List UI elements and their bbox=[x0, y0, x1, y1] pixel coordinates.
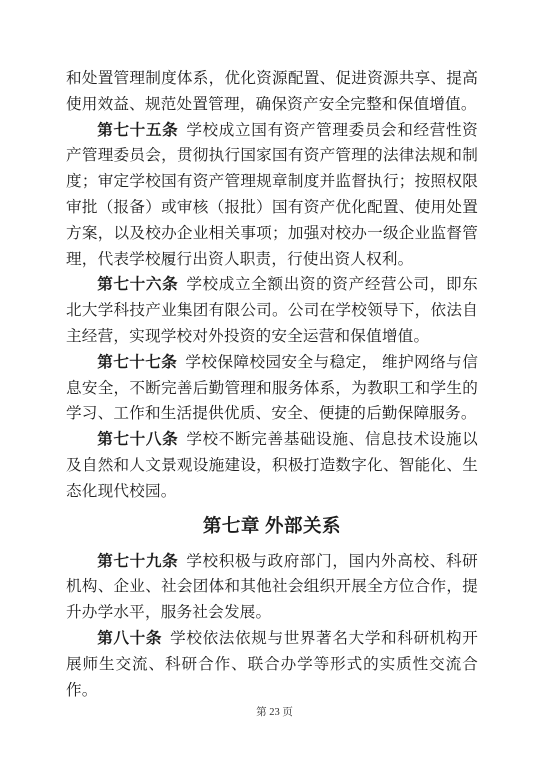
paragraph-continuation: 和处置管理制度体系，优化资源配置、促进资源共享、提高使用效益、规范处置管理，确保… bbox=[66, 66, 478, 118]
article-label: 第八十条 bbox=[97, 630, 162, 647]
chapter-heading: 第七章 外部关系 bbox=[66, 514, 478, 540]
article-label: 第七十五条 bbox=[97, 122, 178, 139]
paragraph-text: 学校成立国有资产管理委员会和经营性资产管理委员会，贯彻执行国家国有资产管理的法律… bbox=[66, 122, 478, 268]
article-label: 第七十七条 bbox=[97, 354, 177, 371]
paragraph-article-78: 第七十八条学校不断完善基础设施、信息技术设施以及自然和人文景观设施建设，积极打造… bbox=[66, 427, 478, 504]
paragraph-article-75: 第七十五条学校成立国有资产管理委员会和经营性资产管理委员会，贯彻执行国家国有资产… bbox=[66, 118, 478, 273]
paragraph-article-80: 第八十条学校依法依规与世界著名大学和科研机构开展师生交流、科研合作、联合办学等形… bbox=[66, 626, 478, 703]
page-footer: 第 23 页 bbox=[0, 706, 549, 720]
paragraph-article-79: 第七十九条学校积极与政府部门，国内外高校、科研机构、企业、社会团体和其他社会组织… bbox=[66, 549, 478, 626]
page-number: 第 23 页 bbox=[256, 707, 293, 718]
paragraph-article-76: 第七十六条学校成立全额出资的资产经营公司，即东北大学科技产业集团有限公司。公司在… bbox=[66, 272, 478, 349]
article-label: 第七十八条 bbox=[97, 431, 178, 448]
paragraph-text: 和处置管理制度体系，优化资源配置、促进资源共享、提高使用效益、规范处置管理，确保… bbox=[66, 70, 478, 113]
document-page: 和处置管理制度体系，优化资源配置、促进资源共享、提高使用效益、规范处置管理，确保… bbox=[0, 0, 549, 777]
text-block: 和处置管理制度体系，优化资源配置、促进资源共享、提高使用效益、规范处置管理，确保… bbox=[66, 66, 478, 703]
paragraph-article-77: 第七十七条学校保障校园安全与稳定， 维护网络与信息安全，不断完善后勤管理和服务体… bbox=[66, 350, 478, 427]
article-label: 第七十六条 bbox=[97, 276, 178, 293]
article-label: 第七十九条 bbox=[97, 553, 178, 570]
